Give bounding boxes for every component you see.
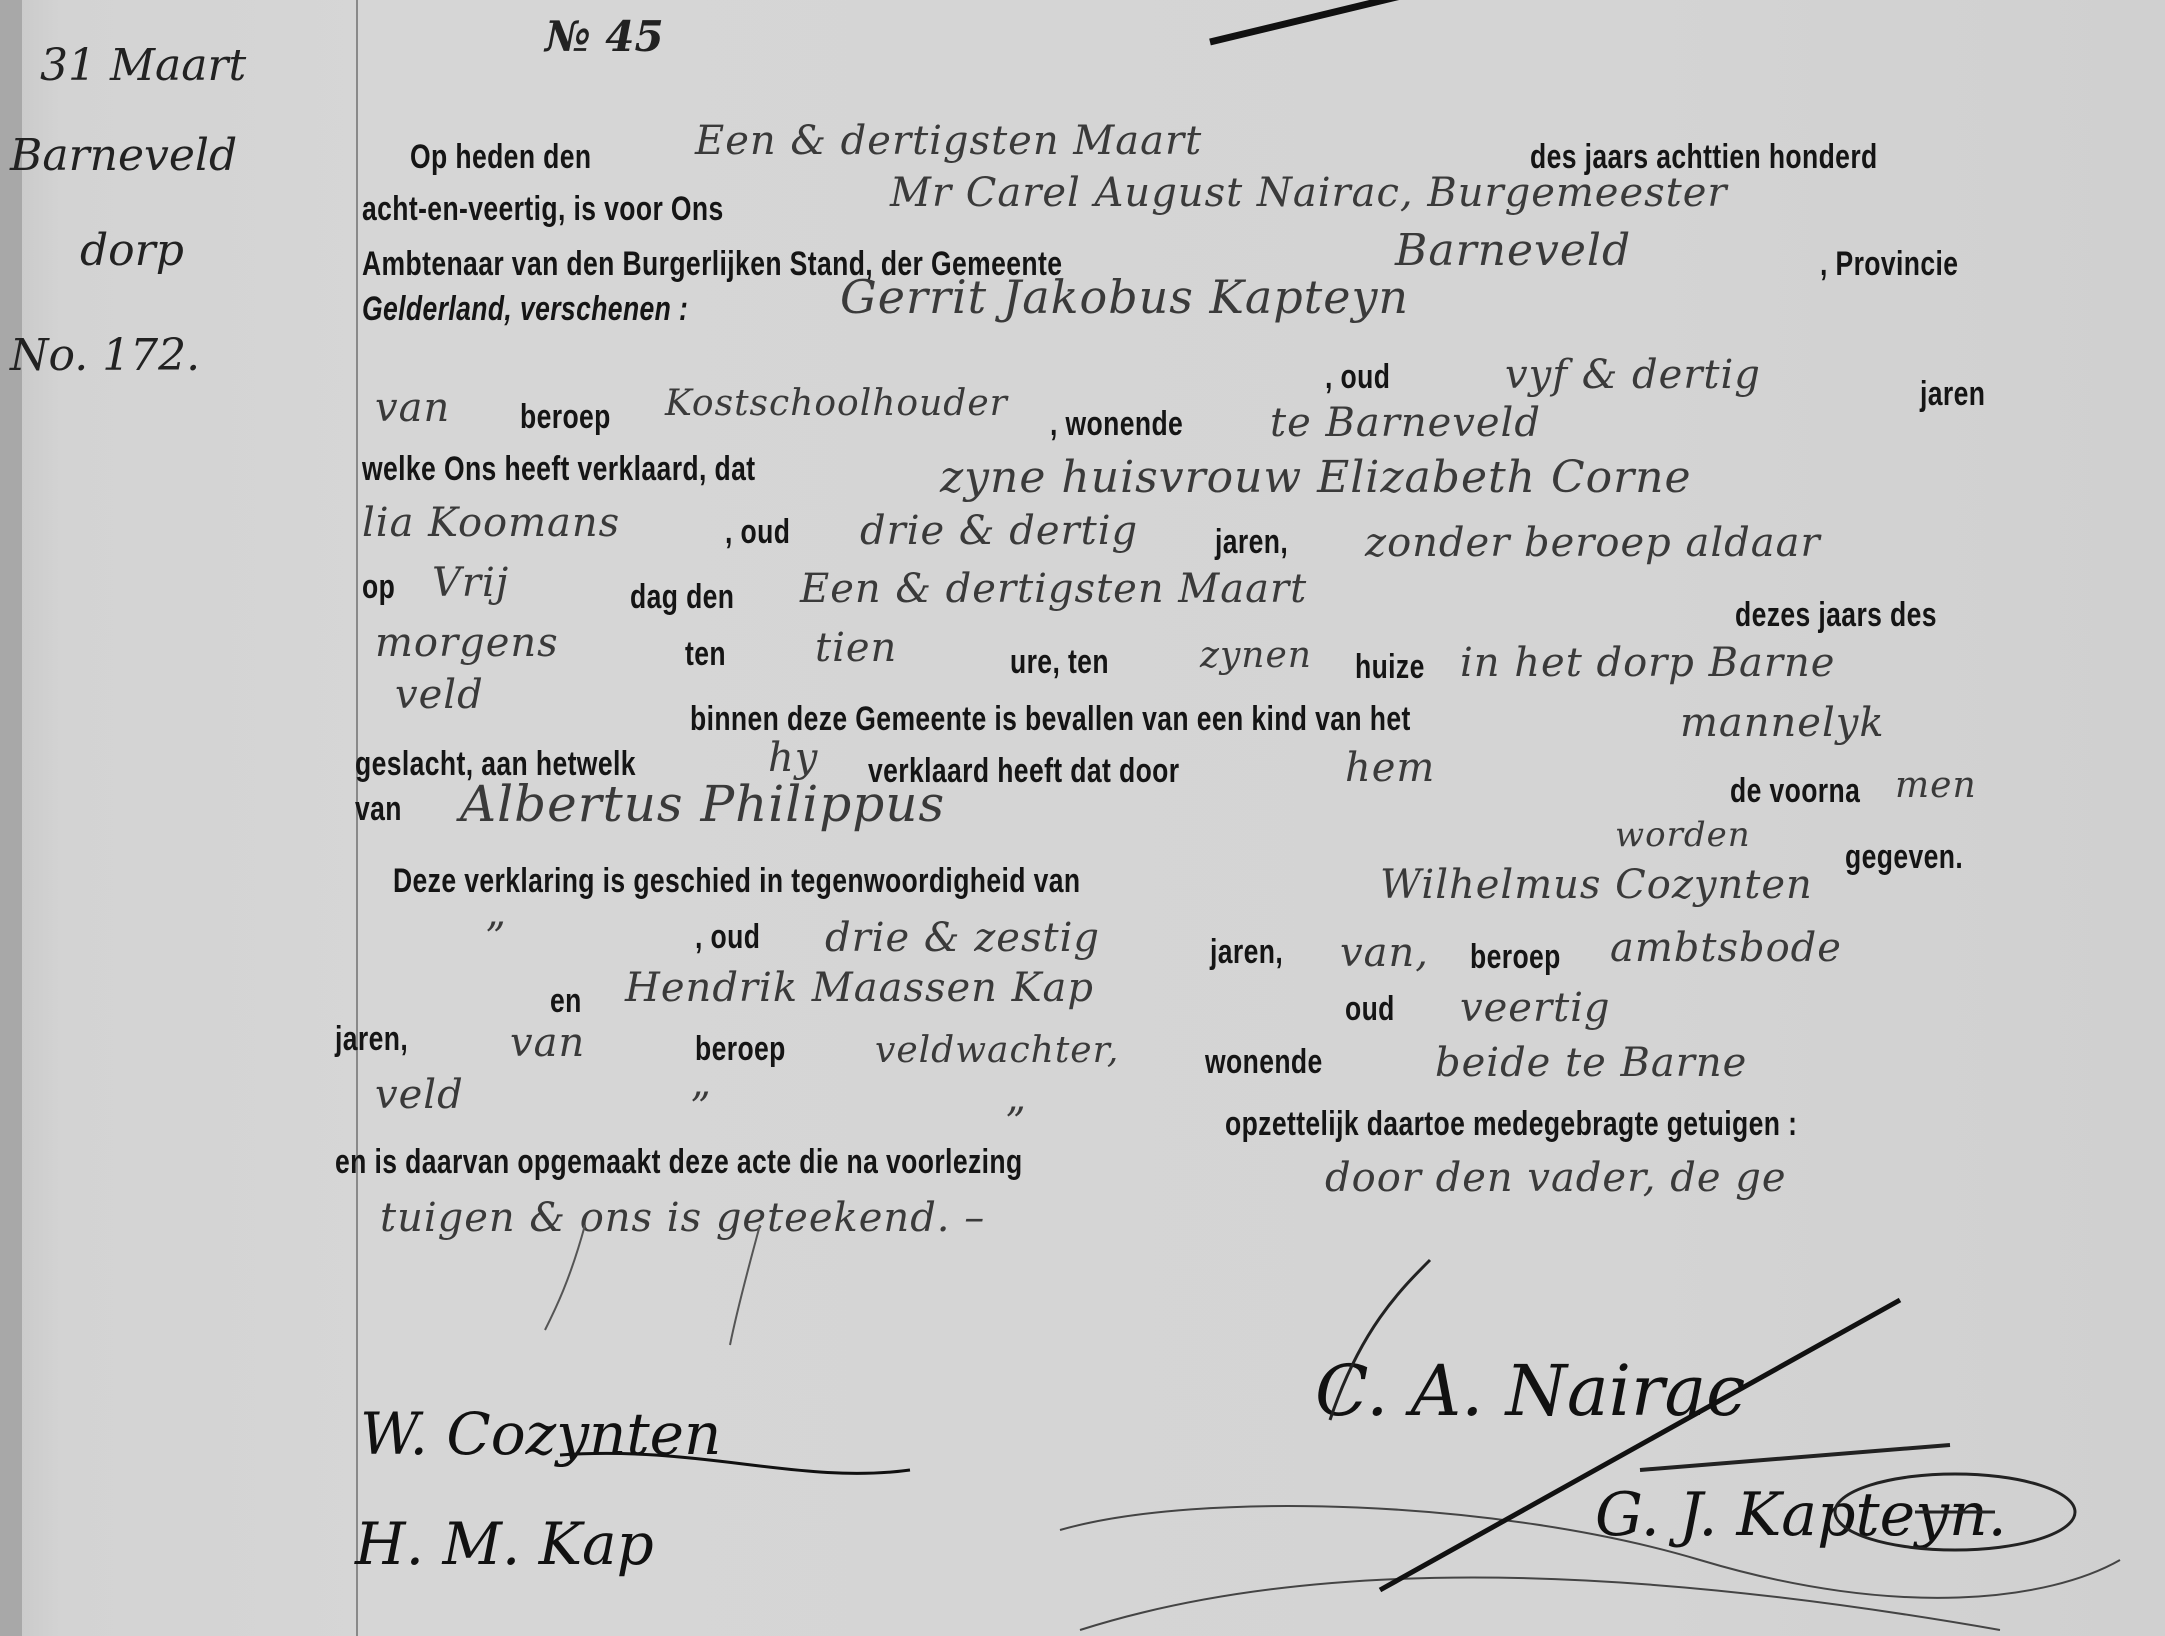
printed-text: beroep xyxy=(1470,938,1561,977)
printed-text: huize xyxy=(1355,648,1425,687)
printed-text: welke Ons heeft verklaard, dat xyxy=(362,450,755,489)
handwritten-closing-cont: tuigen & ons is geteekend. – xyxy=(380,1195,985,1241)
margin-date: 31 Maart xyxy=(40,40,246,91)
handwritten-declarant: Gerrit Jakobus Kapteyn xyxy=(840,270,1409,324)
printed-text: en xyxy=(550,982,582,1021)
handwritten-men: men xyxy=(1895,765,1977,806)
printed-text: dezes jaars des xyxy=(1735,596,1937,635)
handwritten-declarant-age: vyf & dertig xyxy=(1505,352,1761,398)
printed-text: , wonende xyxy=(1050,405,1183,444)
printed-text: op xyxy=(362,568,395,607)
entry-number: № 45 xyxy=(545,12,664,61)
printed-text: jaren, xyxy=(1210,933,1283,972)
printed-text: wonende xyxy=(1205,1043,1323,1082)
handwritten-weekday: Vrij xyxy=(432,560,509,606)
printed-text: jaren xyxy=(1920,375,1985,414)
handwritten-witness1-van: van, xyxy=(1340,930,1429,976)
printed-text: jaren, xyxy=(1215,523,1288,562)
ditto-mark: ” xyxy=(690,1085,711,1131)
printed-text: Op heden den xyxy=(410,138,591,177)
printed-text: opzettelijk daartoe medegebragte getuige… xyxy=(1225,1105,1797,1144)
printed-text: ten xyxy=(685,635,726,674)
handwritten-witness1-age: drie & zestig xyxy=(825,915,1100,961)
printed-text: ure, ten xyxy=(1010,643,1109,682)
printed-text: binnen deze Gemeente is bevallen van een… xyxy=(690,700,1411,739)
printed-text: beroep xyxy=(520,398,611,437)
margin-place: Barneveld xyxy=(10,130,237,181)
handwritten-witness2: Hendrik Maassen Kap xyxy=(625,965,1094,1011)
printed-text: van xyxy=(355,790,402,829)
handwritten-witness2-age: veertig xyxy=(1460,985,1611,1031)
printed-text: de voorna xyxy=(1730,772,1860,811)
handwritten-official: Mr Carel August Nairac, Burgemeester xyxy=(890,170,1728,216)
printed-text: Gelderland, verschenen : xyxy=(362,290,688,329)
printed-text: Deze verklaring is geschied in tegenwoor… xyxy=(393,862,1080,901)
handwritten-wife-age: drie & dertig xyxy=(860,508,1138,554)
handwritten-time-of-day: morgens xyxy=(375,620,559,666)
handwritten-van: van xyxy=(375,385,450,431)
handwritten-birth-place: in het dorp Barne xyxy=(1460,640,1835,686)
handwritten-closing: door den vader, de ge xyxy=(1325,1155,1787,1201)
handwritten-residence-both: beide te Barne xyxy=(1435,1040,1747,1086)
handwritten-birth-date: Een & dertigsten Maart xyxy=(800,566,1307,612)
handwritten-residence-both-cont: veld xyxy=(375,1072,464,1118)
handwritten-hem: hem xyxy=(1345,745,1435,791)
signature-witness1: W. Cozynten xyxy=(360,1400,721,1468)
handwritten-witness1-occupation: ambtsbode xyxy=(1610,925,1842,971)
printed-text: , Provincie xyxy=(1820,245,1958,284)
printed-text: beroep xyxy=(695,1030,786,1069)
handwritten-sex: mannelyk xyxy=(1680,700,1885,746)
printed-text: jaren, xyxy=(335,1020,408,1059)
page-binding-edge xyxy=(0,0,22,1636)
handwritten-date-words: Een & dertigsten Maart xyxy=(695,118,1202,164)
handwritten-birth-place-cont: veld xyxy=(395,672,484,718)
handwritten-witness2-occupation: veldwachter, xyxy=(875,1030,1119,1071)
handwritten-residence: te Barneveld xyxy=(1270,400,1541,446)
handwritten-occupation: Kostschoolhouder xyxy=(665,383,1008,424)
handwritten-witness2-van: van xyxy=(510,1020,585,1066)
handwritten-hour: tien xyxy=(815,625,897,671)
signature-witness2: H. M. Kap xyxy=(355,1510,654,1578)
signature-mayor: C. A. Nairac xyxy=(1315,1350,1745,1432)
printed-text: acht-en-veertig, is voor Ons xyxy=(362,190,724,229)
handwritten-wife-cont: lia Koomans xyxy=(362,500,620,546)
handwritten-child-names: Albertus Philippus xyxy=(460,775,945,833)
handwritten-wife-occupation: zonder beroep aldaar xyxy=(1365,520,1821,566)
handwritten-municipality: Barneveld xyxy=(1395,225,1631,276)
margin-locality: dorp xyxy=(80,225,184,276)
printed-text: oud xyxy=(1345,990,1395,1029)
ditto-mark: ” xyxy=(485,915,506,961)
handwritten-worden: worden xyxy=(1615,815,1751,855)
printed-text: gegeven. xyxy=(1845,838,1963,877)
printed-text: dag den xyxy=(630,578,734,617)
printed-text: en is daarvan opgemaakt deze acte die na… xyxy=(335,1143,1023,1182)
handwritten-witness1: Wilhelmus Cozynten xyxy=(1380,862,1813,908)
signature-declarant: G. J. Kapteyn. xyxy=(1595,1480,2007,1550)
handwritten-zijne: zynen xyxy=(1200,635,1312,676)
printed-text: , oud xyxy=(1325,358,1390,397)
handwritten-wife-intro: zyne huisvrouw Elizabeth Corne xyxy=(940,452,1692,503)
margin-register-number: No. 172. xyxy=(10,330,200,381)
printed-text: , oud xyxy=(695,918,760,957)
register-page: 31 Maart Barneveld dorp No. 172. № 45 Op… xyxy=(0,0,2165,1636)
ditto-mark: ” xyxy=(1005,1100,1026,1146)
printed-text: , oud xyxy=(725,513,790,552)
